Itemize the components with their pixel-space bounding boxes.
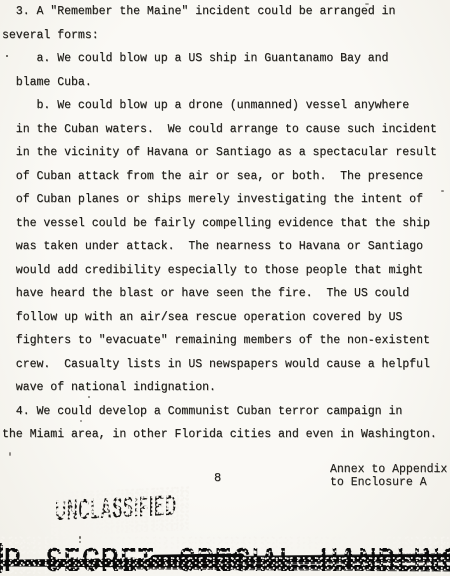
page-number: 8 bbox=[214, 471, 221, 485]
annex-reference: Annex to Appendix to Enclosure A bbox=[330, 464, 447, 489]
unclassified-stamp: UNCLASSIFIED bbox=[55, 490, 185, 532]
strikethrough-scribble bbox=[150, 553, 245, 564]
document-body-text: 3. A "Remember the Maine" incident could… bbox=[2, 0, 448, 447]
scan-noise-mark bbox=[441, 190, 444, 192]
document-page: 3. A "Remember the Maine" incident could… bbox=[0, 0, 450, 576]
annex-line-2: to Enclosure A bbox=[330, 477, 447, 490]
scan-noise-mark bbox=[365, 3, 369, 5]
classification-stamp: P SECRET SPECIAL HANDLING NOFORN bbox=[0, 540, 450, 576]
unclassified-stamp-text: UNCLASSIFIED bbox=[55, 491, 177, 529]
scan-noise-mark bbox=[80, 420, 82, 422]
scan-noise-mark bbox=[6, 55, 8, 57]
scan-noise-mark bbox=[79, 536, 81, 539]
annex-line-1: Annex to Appendix bbox=[330, 464, 447, 477]
scan-noise-mark bbox=[9, 452, 11, 456]
scan-noise-mark bbox=[79, 541, 81, 543]
scan-noise-mark bbox=[88, 396, 90, 398]
cutoff-letter-mark bbox=[0, 543, 3, 573]
